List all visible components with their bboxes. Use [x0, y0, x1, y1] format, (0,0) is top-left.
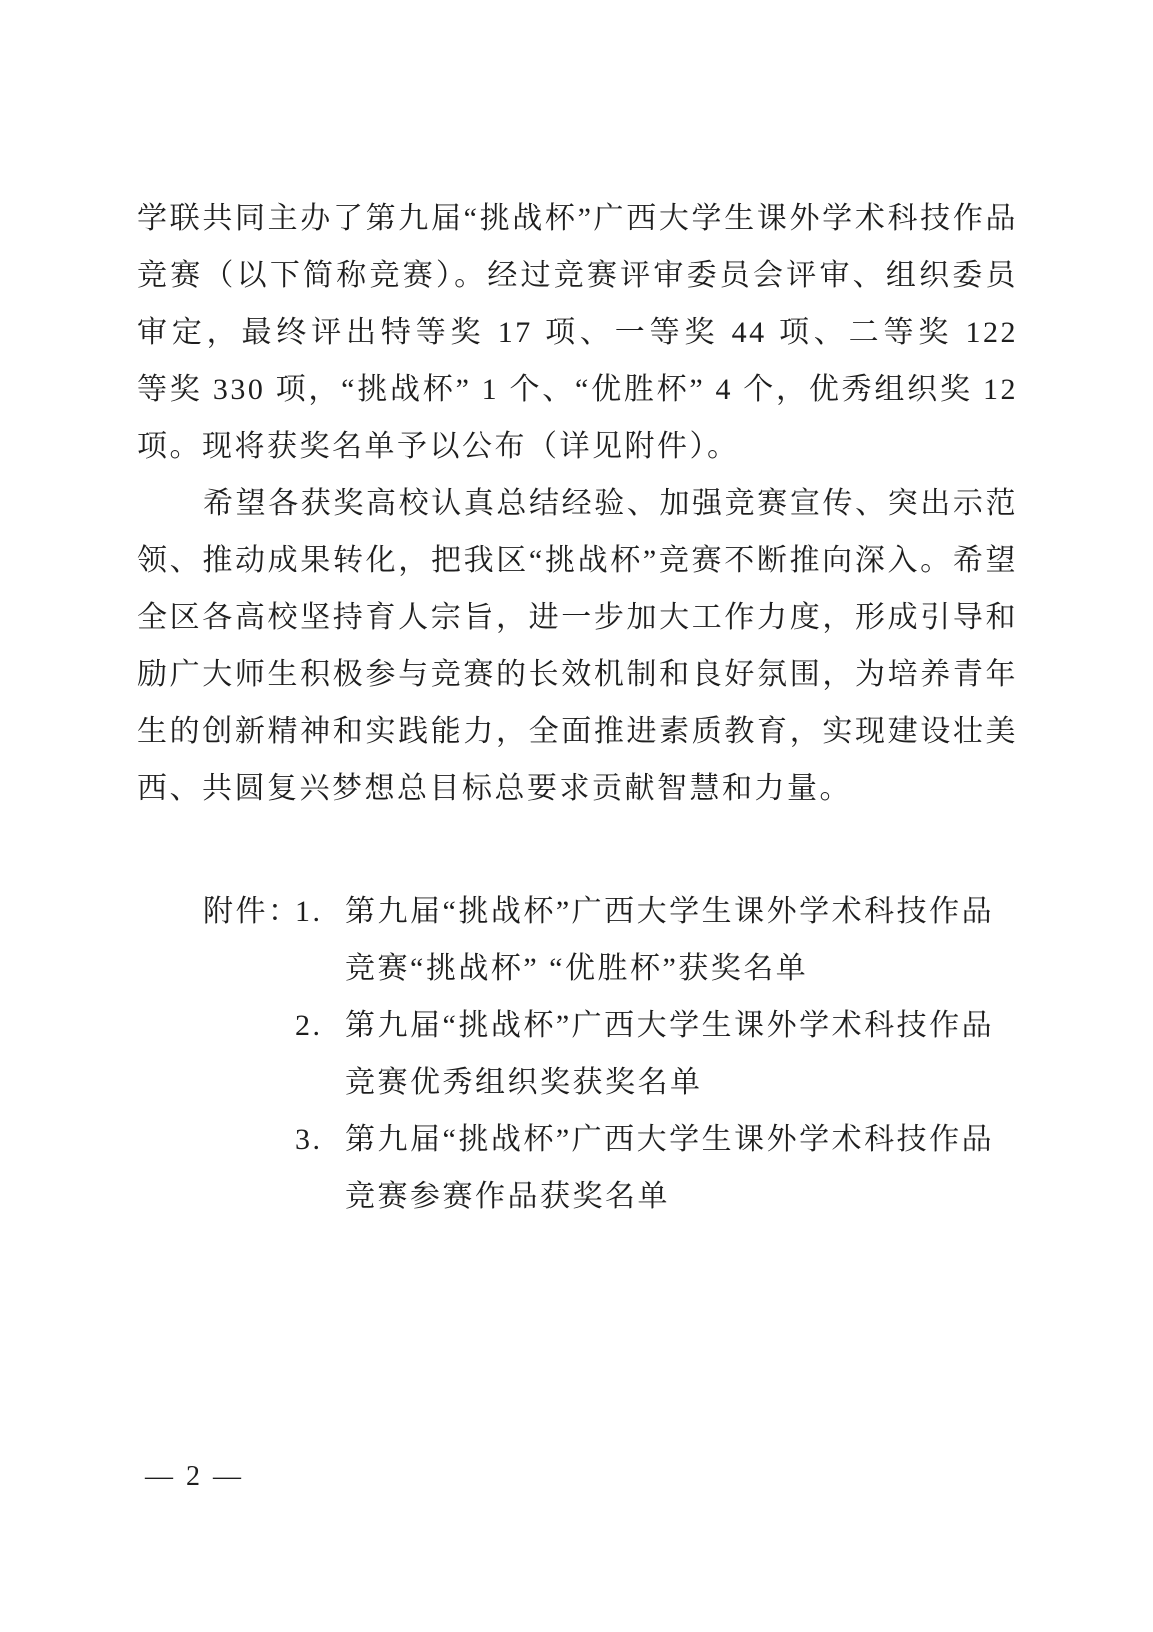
attachment-2-title-line-1: 第九届“挑战杯”广西大学生课外学术科技作品 — [345, 997, 994, 1054]
attachments-section: 附件： 1. 第九届“挑战杯”广西大学生课外学术科技作品 竞赛“挑战杯” “优胜… — [137, 883, 1018, 1225]
body-text-line: 西、共圆复兴梦想总目标总要求贡献智慧和力量。 — [137, 760, 1018, 817]
attachment-2-number: 2. — [295, 997, 323, 1054]
attachment-1-title-line-1: 第九届“挑战杯”广西大学生课外学术科技作品 — [345, 883, 994, 940]
body-text-line: 领、推动成果转化，把我区“挑战杯”竞赛不断推向深入。希望 — [137, 532, 1018, 589]
attachment-1-row-2: 竞赛“挑战杯” “优胜杯”获奖名单 — [137, 940, 1018, 997]
body-text-line: 审定，最终评出特等奖 17 项、一等奖 44 项、二等奖 122 项、三 — [137, 304, 1018, 361]
attachment-1-row-1: 附件： 1. 第九届“挑战杯”广西大学生课外学术科技作品 — [137, 883, 1018, 940]
attachments-label: 附件： — [203, 883, 301, 940]
attachment-3-title-line-2: 竞赛参赛作品获奖名单 — [345, 1168, 670, 1225]
attachment-1-number: 1. — [295, 883, 323, 940]
document-page: 学联共同主办了第九届“挑战杯”广西大学生课外学术科技作品 竞赛（以下简称竞赛）。… — [0, 0, 1153, 1632]
attachment-2-title-line-2: 竞赛优秀组织奖获奖名单 — [345, 1054, 703, 1111]
attachment-1-title-line-2: 竞赛“挑战杯” “优胜杯”获奖名单 — [345, 940, 808, 997]
attachment-2-row-2: 竞赛优秀组织奖获奖名单 — [137, 1054, 1018, 1111]
body-text-line: 等奖 330 项，“挑战杯” 1 个、“优胜杯” 4 个，优秀组织奖 12 — [137, 361, 1018, 418]
body-text-line: 励广大师生积极参与竞赛的长效机制和良好氛围，为培养青年学 — [137, 646, 1018, 703]
attachment-3-number: 3. — [295, 1111, 323, 1168]
body-text-line: 全区各高校坚持育人宗旨，进一步加大工作力度，形成引导和激 — [137, 589, 1018, 646]
attachment-3-row-2: 竞赛参赛作品获奖名单 — [137, 1168, 1018, 1225]
attachment-3-row-1: 3. 第九届“挑战杯”广西大学生课外学术科技作品 — [137, 1111, 1018, 1168]
body-text-line: 希望各获奖高校认真总结经验、加强竞赛宣传、突出示范引 — [137, 475, 1018, 532]
body-text-line: 生的创新精神和实践能力，全面推进素质教育，实现建设壮美广 — [137, 703, 1018, 760]
document-body: 学联共同主办了第九届“挑战杯”广西大学生课外学术科技作品 竞赛（以下简称竞赛）。… — [137, 190, 1018, 1225]
body-text-line: 竞赛（以下简称竞赛）。经过竞赛评审委员会评审、组织委员会 — [137, 247, 1018, 304]
attachment-2-row-1: 2. 第九届“挑战杯”广西大学生课外学术科技作品 — [137, 997, 1018, 1054]
paragraph-2: 希望各获奖高校认真总结经验、加强竞赛宣传、突出示范引 领、推动成果转化，把我区“… — [137, 475, 1018, 817]
attachment-3-title-line-1: 第九届“挑战杯”广西大学生课外学术科技作品 — [345, 1111, 994, 1168]
body-text-line: 项。现将获奖名单予以公布（详见附件）。 — [137, 418, 1018, 475]
body-text-line: 学联共同主办了第九届“挑战杯”广西大学生课外学术科技作品 — [137, 190, 1018, 247]
paragraph-1: 学联共同主办了第九届“挑战杯”广西大学生课外学术科技作品 竞赛（以下简称竞赛）。… — [137, 190, 1018, 475]
page-number: — 2 — — [145, 1448, 244, 1505]
